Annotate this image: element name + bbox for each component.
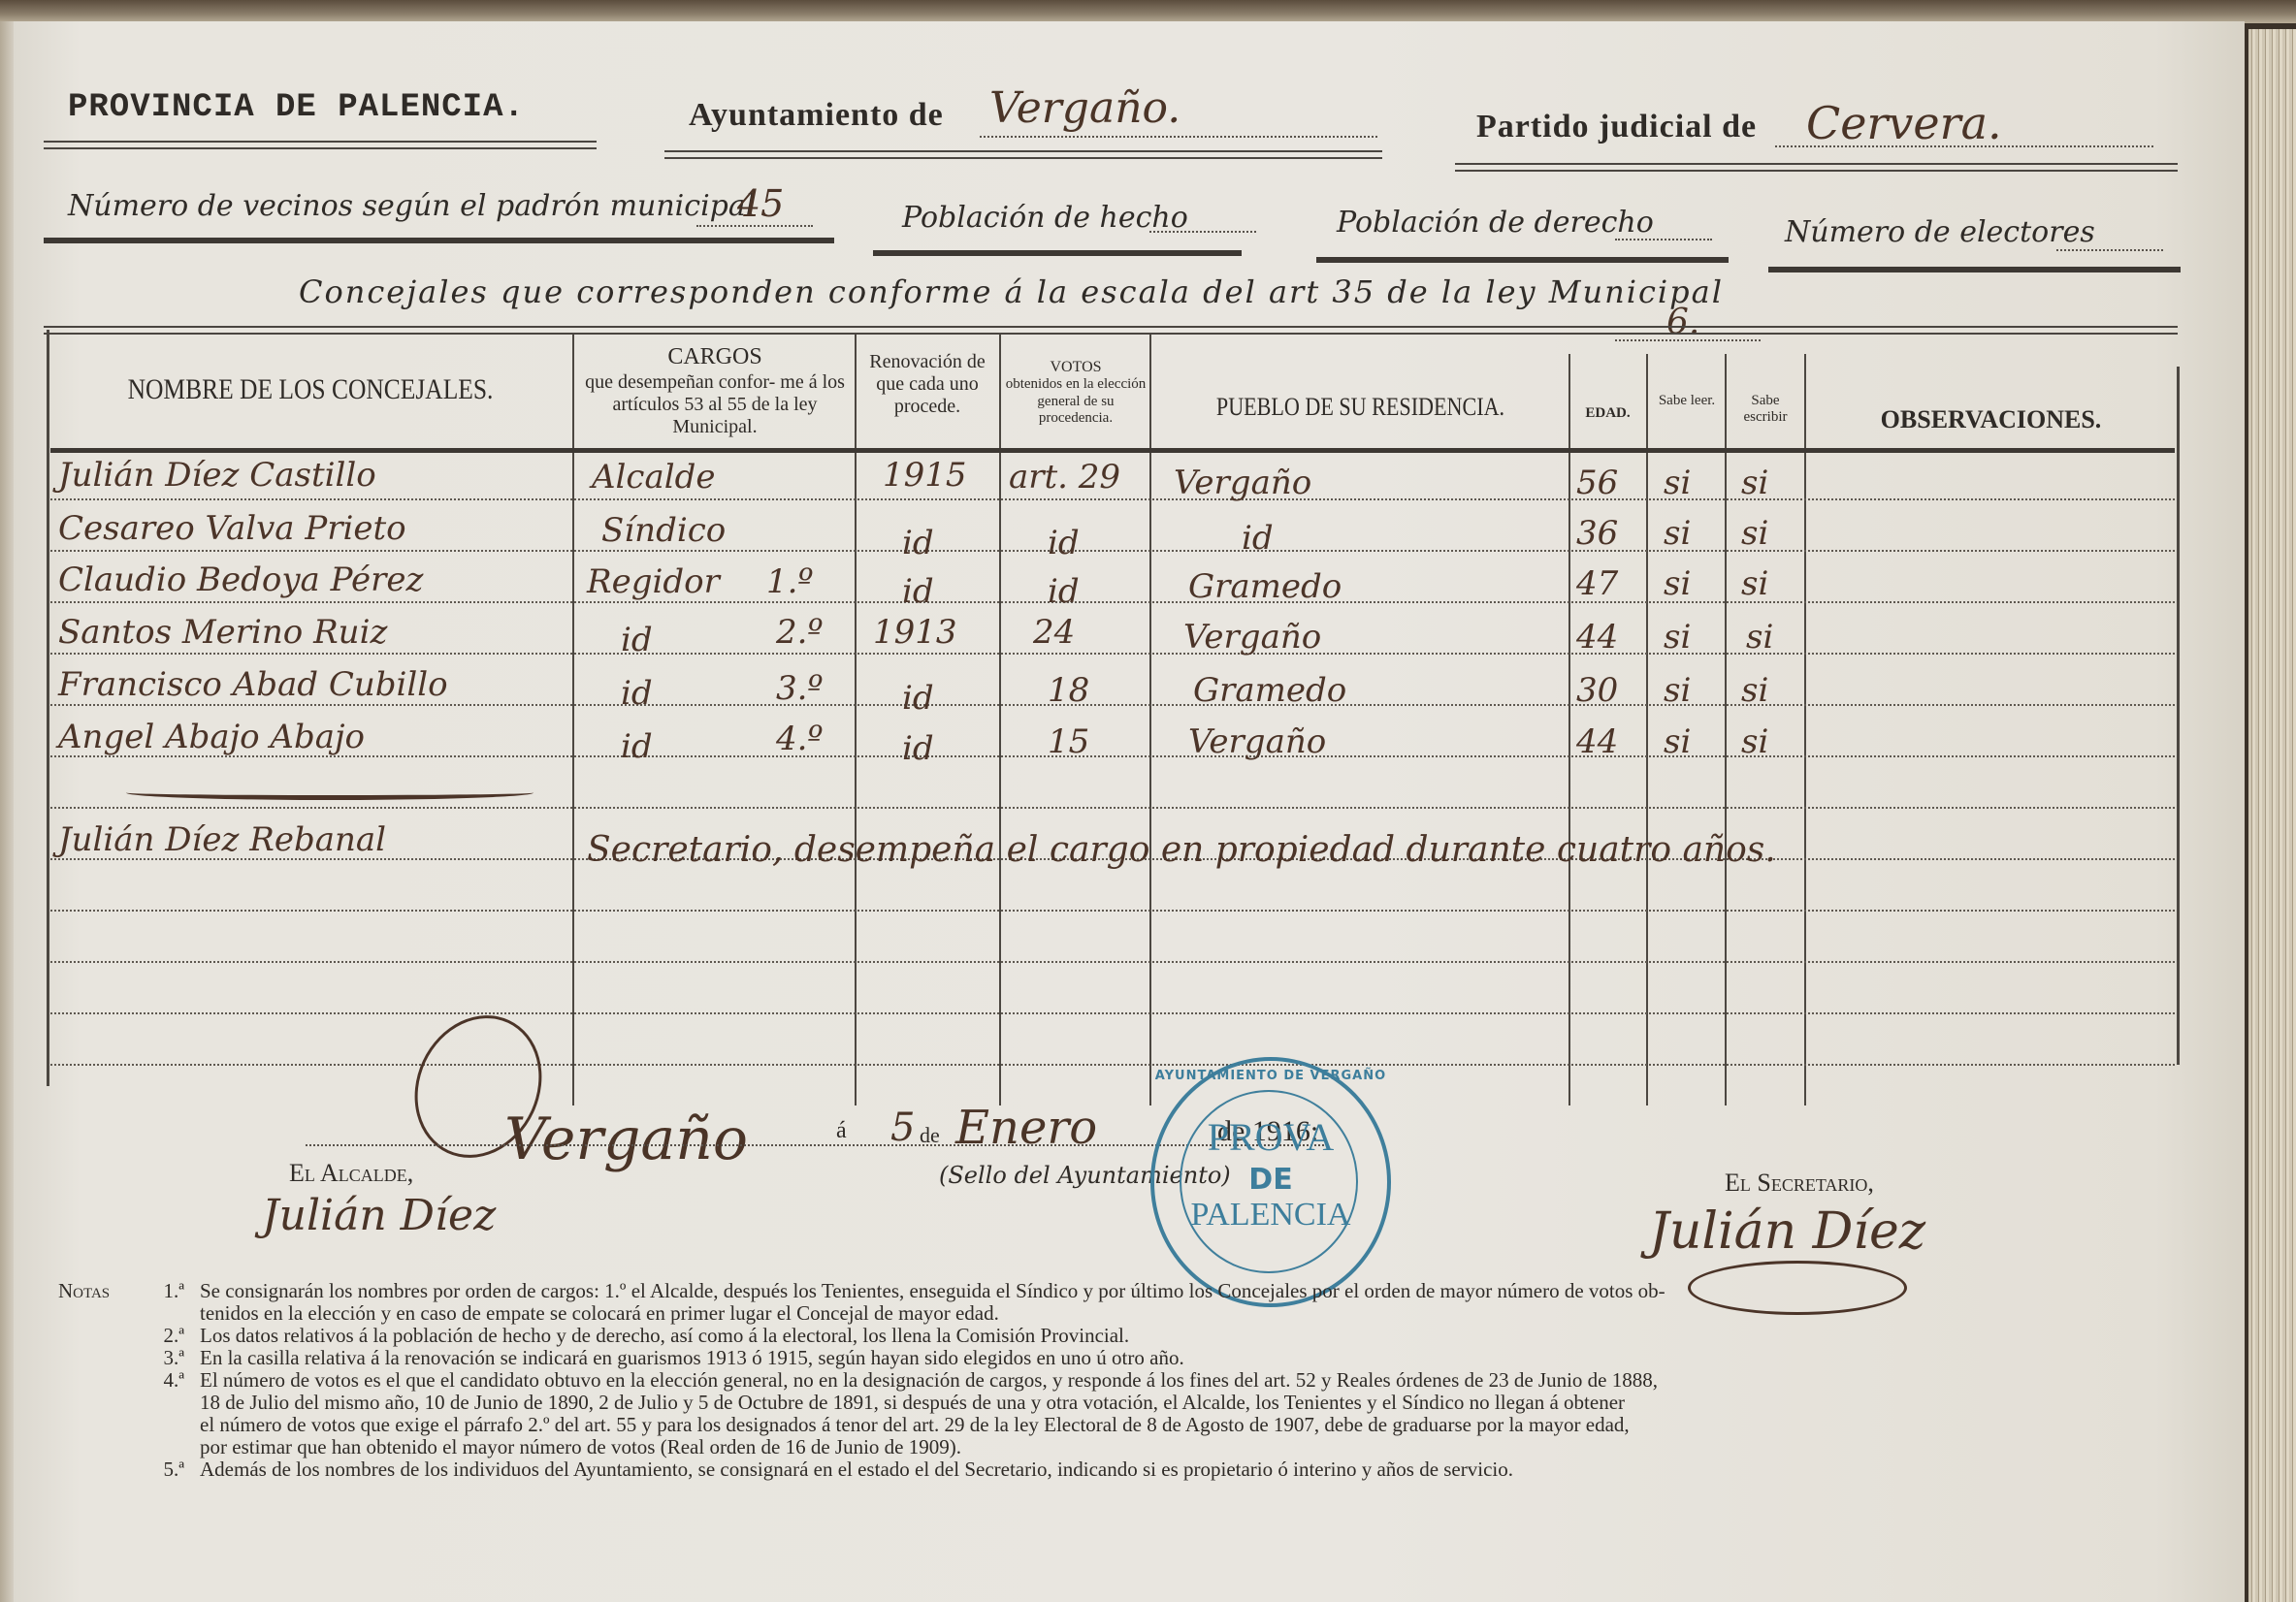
cell-pueblo: id <box>1242 519 1274 558</box>
date-place: Vergaño <box>504 1105 748 1173</box>
page-edges <box>2248 29 2296 1602</box>
poblacion-hecho-value <box>1149 231 1256 233</box>
table-right-border <box>2177 367 2180 1065</box>
seal-line2: DE <box>1154 1163 1387 1197</box>
row-line <box>50 550 2175 552</box>
note-text: El número de votos es el que el candidat… <box>200 1369 2173 1392</box>
cell-edad: 44 <box>1576 722 1618 761</box>
col-divider <box>1646 354 1648 1105</box>
cell-renovacion: id <box>902 572 934 611</box>
concejales-label: Concejales que corresponden conforme á l… <box>299 273 1724 310</box>
cell-cargo: id <box>621 674 653 713</box>
secretario-nombre: Julián Díez Rebanal <box>58 820 386 859</box>
date-de-label: de <box>920 1123 940 1148</box>
cell-cargo: Alcalde <box>592 458 716 497</box>
rule <box>1316 257 1729 263</box>
alcalde-signature: Julián Díez <box>262 1191 496 1240</box>
cell-cargo: id <box>621 621 653 659</box>
book-binding-top <box>0 0 2296 23</box>
date-a-label: á <box>836 1118 847 1144</box>
cell-edad: 30 <box>1576 671 1618 710</box>
cell-cargo-num: 4.º <box>776 720 823 758</box>
dotted-fill <box>1615 339 1761 341</box>
cell-pueblo: Gramedo <box>1193 671 1346 710</box>
cell-pueblo: Gramedo <box>1188 567 1342 606</box>
cell-leer: si <box>1664 514 1691 553</box>
cell-votos: art. 29 <box>1009 458 1120 497</box>
rule <box>664 150 1382 159</box>
header-bottom-rule <box>50 448 2175 453</box>
col-header-leer: Sabe leer. <box>1651 393 1723 409</box>
cell-cargo-num: 1.º <box>766 562 813 601</box>
cell-escribir: si <box>1746 618 1773 657</box>
date-month: Enero <box>955 1101 1097 1155</box>
seal-outer-text: AYUNTAMIENTO DE VERGAÑO <box>1154 1069 1387 1083</box>
closing-flourish <box>126 785 534 800</box>
col-divider <box>1568 354 1570 1105</box>
municipal-seal-stamp: AYUNTAMIENTO DE VERGAÑO PROVA DE PALENCI… <box>1150 1057 1391 1307</box>
concejales-value: 6. <box>1666 303 1699 342</box>
provincia-title: PROVINCIA DE PALENCIA. <box>68 89 525 126</box>
poblacion-derecho-label: Población de derecho <box>1337 206 1654 240</box>
note-text: tenidos en la elección y en caso de empa… <box>58 1302 2173 1325</box>
rule <box>1768 267 2181 272</box>
cargos-subtitle: que desempeñan confor- me á los artículo… <box>577 371 853 438</box>
alcalde-label: El Alcalde, <box>289 1159 413 1188</box>
note-text: Además de los nombres de los individuos … <box>200 1458 2173 1481</box>
col-header-renovacion: Renovación de que cada uno procede. <box>858 351 996 418</box>
cell-nombre: Angel Abajo Abajo <box>58 718 365 756</box>
note-text: el número de votos que exige el párrafo … <box>58 1414 2173 1436</box>
vecinos-value: 45 <box>737 182 784 225</box>
col-header-escribir: Sabe escribir <box>1729 393 1802 427</box>
row-line <box>50 1064 2175 1066</box>
cell-renovacion: 1915 <box>883 456 967 495</box>
cell-cargo-num: 3.º <box>776 669 823 708</box>
votos-title: VOTOS <box>1004 359 1148 376</box>
cell-leer: si <box>1664 671 1691 710</box>
poblacion-hecho-label: Población de hecho <box>902 201 1188 235</box>
note-number: 4.ª <box>126 1369 200 1392</box>
cell-escribir: si <box>1741 514 1768 553</box>
cell-escribir: si <box>1741 722 1768 761</box>
cell-escribir: si <box>1741 671 1768 710</box>
cell-cargo: Regidor <box>587 562 720 601</box>
electores-value <box>2056 249 2163 251</box>
col-header-observaciones: OBSERVACIONES. <box>1809 405 2173 434</box>
note-number: 5.ª <box>126 1458 200 1481</box>
cell-renovacion: 1913 <box>873 613 957 652</box>
cell-votos: 24 <box>1033 613 1075 652</box>
seal-line1: PROVA <box>1154 1114 1387 1160</box>
cell-leer: si <box>1664 564 1691 603</box>
col-header-votos: VOTOS obtenidos en la elección general d… <box>1004 359 1148 427</box>
rule <box>1455 163 2178 172</box>
cell-leer: si <box>1664 464 1691 502</box>
secretario-nota: Secretario, desempeña el cargo en propie… <box>587 830 1776 870</box>
cell-leer: si <box>1664 618 1691 657</box>
note-item: Notas 1.ª Se consignarán los nombres por… <box>58 1280 2173 1302</box>
row-line <box>50 498 2175 500</box>
table-left-border <box>47 330 49 1086</box>
cell-pueblo: Vergaño <box>1183 618 1321 657</box>
notes-label: Notas <box>58 1280 126 1302</box>
cell-nombre: Julián Díez Castillo <box>58 456 376 495</box>
cell-votos: 18 <box>1048 671 1089 710</box>
cell-cargo: Síndico <box>601 511 726 550</box>
dotted-fill <box>696 225 813 227</box>
note-number: 3.ª <box>126 1347 200 1369</box>
cell-edad: 56 <box>1576 464 1618 502</box>
note-item: 3.ª En la casilla relativa á la renovaci… <box>58 1347 2173 1369</box>
rule <box>44 238 834 243</box>
cell-edad: 44 <box>1576 618 1618 657</box>
note-item: 2.ª Los datos relativos á la población d… <box>58 1325 2173 1347</box>
row-line <box>50 807 2175 809</box>
row-line <box>50 601 2175 603</box>
cell-renovacion: id <box>902 524 934 562</box>
note-text: 18 de Julio del mismo año, 10 de Junio d… <box>58 1392 2173 1414</box>
cell-cargo-num: 2.º <box>776 613 823 652</box>
poblacion-derecho-value <box>1615 239 1712 240</box>
row-line <box>50 653 2175 655</box>
cell-renovacion: id <box>902 679 934 718</box>
votos-subtitle: obtenidos en la elección general de su p… <box>1004 376 1148 427</box>
cell-edad: 47 <box>1576 564 1618 603</box>
col-divider <box>1804 354 1806 1105</box>
note-text: En la casilla relativa á la renovación s… <box>200 1347 2173 1369</box>
cell-leer: si <box>1664 722 1691 761</box>
cell-pueblo: Vergaño <box>1174 464 1311 502</box>
cell-votos: 15 <box>1048 722 1089 761</box>
ayuntamiento-value: Vergaño. <box>989 83 1180 133</box>
partido-label: Partido judicial de <box>1476 109 1757 145</box>
secretario-label: El Secretario, <box>1725 1169 1874 1198</box>
row-line <box>50 910 2175 912</box>
row-line <box>50 1012 2175 1014</box>
note-text: por estimar que han obtenido el mayor nú… <box>58 1436 2173 1458</box>
table-top-rule <box>44 326 2178 335</box>
seal-line3: PALENCIA <box>1154 1197 1387 1234</box>
partido-value: Cervera. <box>1806 97 2002 149</box>
cell-escribir: si <box>1741 564 1768 603</box>
cell-votos: id <box>1048 524 1080 562</box>
row-line <box>50 755 2175 757</box>
cell-escribir: si <box>1741 464 1768 502</box>
note-item: 5.ª Además de los nombres de los individ… <box>58 1458 2173 1481</box>
rule <box>44 141 597 149</box>
cell-edad: 36 <box>1576 514 1618 553</box>
cell-nombre: Cesareo Valva Prieto <box>58 509 406 548</box>
cell-nombre: Claudio Bedoya Pérez <box>58 561 423 599</box>
notes-section: Notas 1.ª Se consignarán los nombres por… <box>58 1280 2173 1481</box>
row-line <box>50 961 2175 963</box>
note-item: 4.ª El número de votos es el que el cand… <box>58 1369 2173 1392</box>
cell-renovacion: id <box>902 729 934 768</box>
vecinos-label: Número de vecinos según el padrón munici… <box>68 189 755 223</box>
col-header-cargos: CARGOS que desempeñan confor- me á los a… <box>577 344 853 438</box>
cell-cargo: id <box>621 727 653 766</box>
secretario-signature: Julián Díez <box>1649 1202 1925 1261</box>
col-divider <box>1725 354 1727 1105</box>
dotted-fill <box>1775 145 2153 147</box>
ayuntamiento-label: Ayuntamiento de <box>689 97 944 134</box>
col-header-pueblo: PUEBLO DE SU RESIDENCIA. <box>1185 393 1536 422</box>
col-header-edad: EDAD. <box>1571 405 1644 422</box>
dotted-fill <box>980 136 1377 138</box>
cell-pueblo: Vergaño <box>1188 722 1326 761</box>
electores-label: Número de electores <box>1785 215 2095 249</box>
date-day: 5 <box>890 1105 915 1150</box>
rule <box>873 250 1242 256</box>
note-text: Se consignarán los nombres por orden de … <box>200 1280 2173 1302</box>
col-header-nombre: NOMBRE DE LOS CONCEJALES. <box>96 373 525 407</box>
cell-nombre: Santos Merino Ruiz <box>58 613 387 652</box>
cargos-title: CARGOS <box>577 344 853 371</box>
note-text: Los datos relativos á la población de he… <box>200 1325 2173 1347</box>
note-number: 1.ª <box>126 1280 200 1302</box>
cell-votos: id <box>1048 572 1080 611</box>
note-number: 2.ª <box>126 1325 200 1347</box>
row-line <box>50 704 2175 706</box>
cell-nombre: Francisco Abad Cubillo <box>58 665 448 704</box>
